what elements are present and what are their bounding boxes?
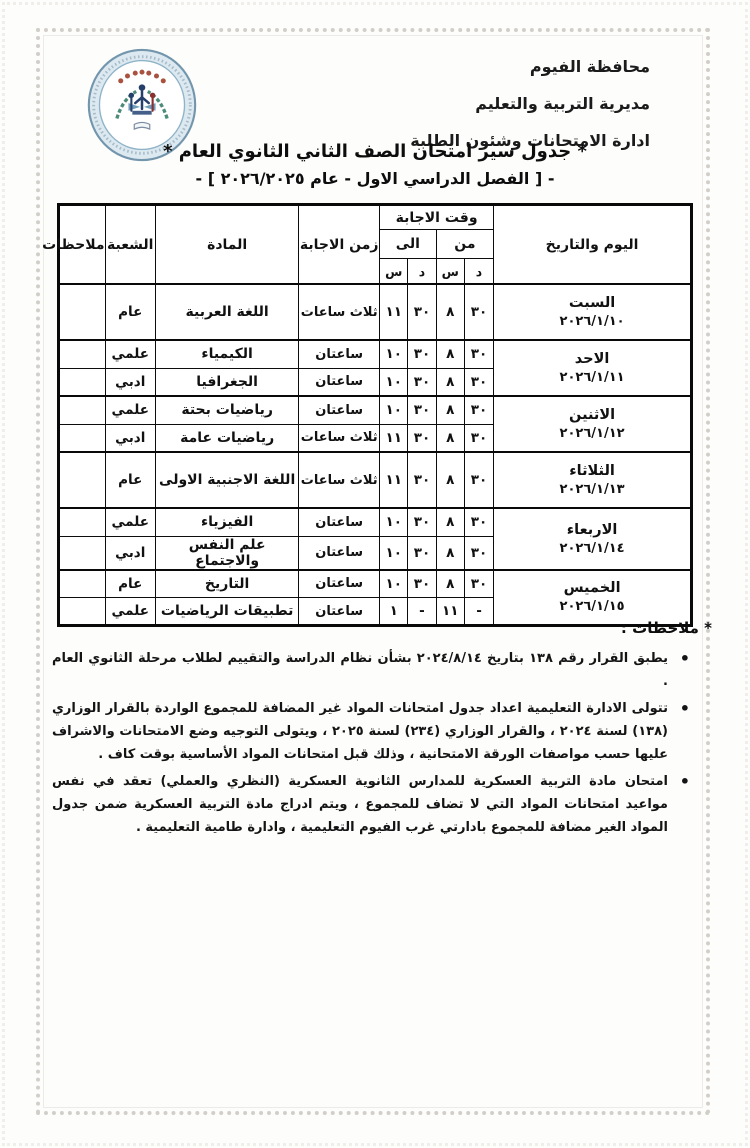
branch-cell: عام (105, 570, 155, 598)
branch-cell: عام (105, 452, 155, 508)
day-date: ٢٠٢٦/١/١١ (494, 370, 690, 385)
day-date: ٢٠٢٦/١/١٣ (494, 482, 690, 497)
day-name: الاحد (494, 351, 690, 367)
duration-cell: ساعتان (299, 570, 380, 598)
schedule-row: الثلاثاء٢٠٢٦/١/١٣٣٠٨٣٠١١ثلاث ساعاتاللغة … (59, 452, 692, 508)
col-from-hours-header: س (436, 259, 464, 285)
day-name: الاثنين (494, 407, 690, 423)
notes-cell (59, 340, 106, 368)
branch-cell: علمي (105, 340, 155, 368)
to-hours-cell: ١٠ (380, 396, 408, 424)
subject-cell: الفيزياء (155, 508, 298, 536)
from-minutes-cell: ٣٠ (464, 536, 493, 570)
day-date-cell: الاثنين٢٠٢٦/١/١٢ (494, 396, 692, 452)
from-hours-cell: ٨ (436, 570, 464, 598)
col-from-minutes-header: د (464, 259, 493, 285)
from-hours-cell: ٨ (436, 452, 464, 508)
notes-cell (59, 452, 106, 508)
branch-cell: ادبي (105, 368, 155, 396)
day-date-cell: الاربعاء٢٠٢٦/١/١٤ (494, 508, 692, 570)
col-branch-header: الشعبة (105, 205, 155, 285)
to-minutes-cell: ٣٠ (408, 424, 436, 452)
subject-cell: الكيمياء (155, 340, 298, 368)
day-date-cell: الثلاثاء٢٠٢٦/١/١٣ (494, 452, 692, 508)
duration-cell: ساعتان (299, 536, 380, 570)
branch-cell: ادبي (105, 536, 155, 570)
schedule-row: الاثنين٢٠٢٦/١/١٢٣٠٨٣٠١٠ساعتانرياضيات بحت… (59, 396, 692, 424)
notes-title: * ملاحظات : (52, 619, 712, 637)
duration-cell: ثلاث ساعات (299, 284, 380, 340)
directorate-line: مديرية التربية والتعليم (410, 85, 650, 122)
col-to-minutes-header: د (408, 259, 436, 285)
duration-cell: ثلاث ساعات (299, 452, 380, 508)
to-minutes-cell: ٣٠ (408, 536, 436, 570)
to-minutes-cell: ٣٠ (408, 452, 436, 508)
to-hours-cell: ١٠ (380, 570, 408, 598)
subject-cell: اللغة الاجنبية الاولى (155, 452, 298, 508)
notes-cell (59, 508, 106, 536)
to-minutes-cell: ٣٠ (408, 368, 436, 396)
day-date-cell: السبت٢٠٢٦/١/١٠ (494, 284, 692, 340)
notes-cell (59, 368, 106, 396)
notes-cell (59, 570, 106, 598)
day-name: الاربعاء (494, 522, 690, 538)
to-minutes-cell: ٣٠ (408, 570, 436, 598)
subject-cell: الجغرافيا (155, 368, 298, 396)
note-item: تتولى الادارة التعليمية اعداد جدول امتحا… (52, 697, 692, 766)
schedule-row: السبت٢٠٢٦/١/١٠٣٠٨٣٠١١ثلاث ساعاتاللغة الع… (59, 284, 692, 340)
branch-cell: علمي (105, 508, 155, 536)
to-hours-cell: ١٠ (380, 340, 408, 368)
from-minutes-cell: ٣٠ (464, 340, 493, 368)
from-minutes-cell: ٣٠ (464, 284, 493, 340)
note-item: يطبق القرار رقم ١٣٨ بتاريخ ٢٠٢٤/٨/١٤ بشأ… (52, 647, 692, 693)
from-minutes-cell: ٣٠ (464, 396, 493, 424)
from-minutes-cell: ٣٠ (464, 508, 493, 536)
day-name: الثلاثاء (494, 463, 690, 479)
notes-cell (59, 284, 106, 340)
day-name: السبت (494, 295, 690, 311)
duration-cell: ثلاث ساعات (299, 424, 380, 452)
from-hours-cell: ٨ (436, 396, 464, 424)
day-date-cell: الاحد٢٠٢٦/١/١١ (494, 340, 692, 396)
day-name: الخميس (494, 580, 690, 596)
from-hours-cell: ٨ (436, 340, 464, 368)
page-title: * جدول سير امتحان الصف الثاني الثانوي ال… (0, 141, 750, 162)
day-date: ٢٠٢٦/١/١٤ (494, 541, 690, 556)
col-duration-header: زمن الاجابة (299, 205, 380, 285)
col-to-hours-header: س (380, 259, 408, 285)
notes-section: * ملاحظات : يطبق القرار رقم ١٣٨ بتاريخ ٢… (52, 619, 712, 843)
schedule-table-body: السبت٢٠٢٦/١/١٠٣٠٨٣٠١١ثلاث ساعاتاللغة الع… (59, 284, 692, 626)
col-to-header: الى (380, 230, 437, 259)
duration-cell: ساعتان (299, 396, 380, 424)
to-hours-cell: ١٠ (380, 508, 408, 536)
exam-schedule-document: محافظة الفيوم مديرية التربية والتعليم اد… (0, 0, 750, 1148)
day-date: ٢٠٢٦/١/١٠ (494, 314, 690, 329)
col-subject-header: المادة (155, 205, 298, 285)
subject-cell: رياضيات بحتة (155, 396, 298, 424)
col-day-date-header: اليوم والتاريخ (494, 205, 692, 285)
subject-cell: التاريخ (155, 570, 298, 598)
to-hours-cell: ١١ (380, 424, 408, 452)
to-hours-cell: ١١ (380, 284, 408, 340)
from-minutes-cell: ٣٠ (464, 368, 493, 396)
from-minutes-cell: ٣٠ (464, 424, 493, 452)
from-hours-cell: ٨ (436, 424, 464, 452)
note-item: امتحان مادة التربية العسكرية للمدارس الث… (52, 770, 692, 839)
notes-cell (59, 424, 106, 452)
branch-cell: ادبي (105, 424, 155, 452)
from-hours-cell: ٨ (436, 536, 464, 570)
schedule-row: الاربعاء٢٠٢٦/١/١٤٣٠٨٣٠١٠ساعتانالفيزياءعل… (59, 508, 692, 536)
day-date: ٢٠٢٦/١/١٥ (494, 599, 690, 614)
to-minutes-cell: ٣٠ (408, 508, 436, 536)
to-minutes-cell: ٣٠ (408, 396, 436, 424)
day-date-cell: الخميس٢٠٢٦/١/١٥ (494, 570, 692, 626)
exam-schedule-table: اليوم والتاريخ وقت الاجابة زمن الاجابة ا… (57, 203, 693, 627)
branch-cell: عام (105, 284, 155, 340)
notes-cell (59, 536, 106, 570)
schedule-row: الاحد٢٠٢٦/١/١١٣٠٨٣٠١٠ساعتانالكيمياءعلمي (59, 340, 692, 368)
schedule-row: الخميس٢٠٢٦/١/١٥٣٠٨٣٠١٠ساعتانالتاريخعام (59, 570, 692, 598)
subject-cell: اللغة العربية (155, 284, 298, 340)
from-hours-cell: ٨ (436, 284, 464, 340)
governorate-line: محافظة الفيوم (410, 48, 650, 85)
to-hours-cell: ١١ (380, 452, 408, 508)
col-notes-header: ملاحظات (59, 205, 106, 285)
to-minutes-cell: ٣٠ (408, 284, 436, 340)
col-answer-time-header: وقت الاجابة (380, 205, 494, 230)
to-minutes-cell: ٣٠ (408, 340, 436, 368)
to-hours-cell: ١٠ (380, 368, 408, 396)
branch-cell: علمي (105, 396, 155, 424)
col-from-header: من (436, 230, 494, 259)
duration-cell: ساعتان (299, 340, 380, 368)
duration-cell: ساعتان (299, 368, 380, 396)
subject-cell: رياضيات عامة (155, 424, 298, 452)
notes-list: يطبق القرار رقم ١٣٨ بتاريخ ٢٠٢٤/٨/١٤ بشأ… (52, 647, 692, 839)
from-minutes-cell: ٣٠ (464, 570, 493, 598)
from-hours-cell: ٨ (436, 508, 464, 536)
subject-cell: علم النفس والاجتماع (155, 536, 298, 570)
to-hours-cell: ١٠ (380, 536, 408, 570)
from-minutes-cell: ٣٠ (464, 452, 493, 508)
page-subtitle: - [ الفصل الدراسي الاول - عام ٢٠٢٦/٢٠٢٥ … (0, 169, 750, 188)
from-hours-cell: ٨ (436, 368, 464, 396)
duration-cell: ساعتان (299, 508, 380, 536)
notes-cell (59, 396, 106, 424)
day-date: ٢٠٢٦/١/١٢ (494, 426, 690, 441)
